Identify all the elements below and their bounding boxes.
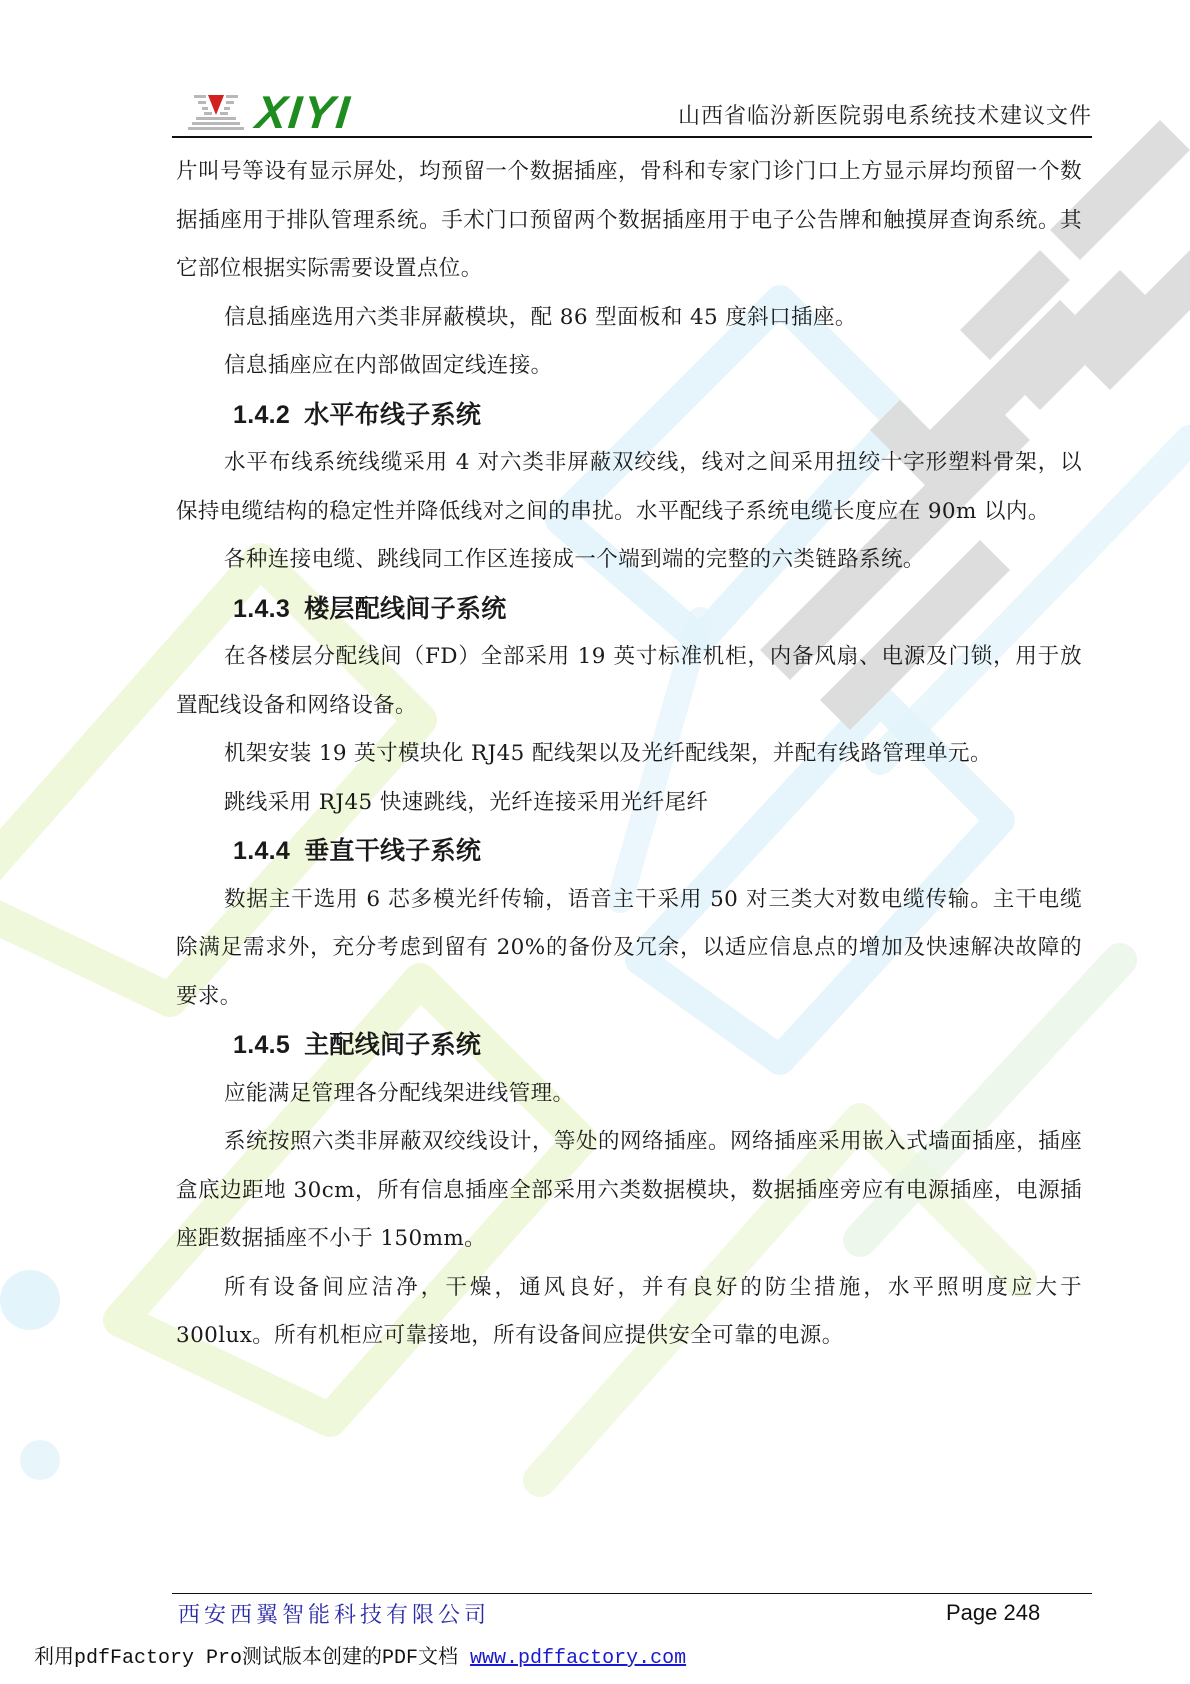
company-logo: XIYI xyxy=(186,92,351,132)
paragraph: 数据主干选用 6 芯多模光纤传输，语音主干采用 50 对三类大对数电缆传输。主干… xyxy=(176,876,1082,1022)
document-page: XIYI 山西省临汾新医院弱电系统技术建议文件 片叫号等设有显示屏处，均预留一个… xyxy=(0,0,1190,1684)
paragraph: 片叫号等设有显示屏处，均预留一个数据插座，骨科和专家门诊门口上方显示屏均预留一个… xyxy=(176,148,1082,294)
section-number: 1.4.4 xyxy=(233,837,290,865)
pdffactory-link[interactable]: www.pdffactory.com xyxy=(470,1647,686,1670)
section-title: 垂直干线子系统 xyxy=(304,837,481,865)
document-body: 片叫号等设有显示屏处，均预留一个数据插座，骨科和专家门诊门口上方显示屏均预留一个… xyxy=(176,148,1082,1361)
paragraph: 信息插座选用六类非屏蔽模块，配 86 型面板和 45 度斜口插座。 xyxy=(176,294,1082,343)
paragraph: 机架安装 19 英寸模块化 RJ45 配线架以及光纤配线架，并配有线路管理单元。 xyxy=(176,730,1082,779)
paragraph: 跳线采用 RJ45 快速跳线，光纤连接采用光纤尾纤 xyxy=(176,779,1082,828)
xiyi-logo-icon xyxy=(186,93,246,131)
paragraph: 各种连接电缆、跳线同工作区连接成一个端到端的完整的六类链路系统。 xyxy=(176,536,1082,585)
section-number: 1.4.2 xyxy=(233,401,290,429)
paragraph: 水平布线系统线缆采用 4 对六类非屏蔽双绞线，线对之间采用扭绞十字形塑料骨架，以… xyxy=(176,439,1082,536)
section-number: 1.4.3 xyxy=(233,595,290,623)
page-number: Page 248 xyxy=(946,1600,1040,1626)
section-number: 1.4.5 xyxy=(233,1031,290,1059)
section-heading-1-4-2: 1.4.2水平布线子系统 xyxy=(176,391,1082,440)
document-title: 山西省临汾新医院弱电系统技术建议文件 xyxy=(678,99,1092,130)
paragraph: 系统按照六类非屏蔽双绞线设计，等处的网络插座。网络插座采用嵌入式墙面插座，插座盒… xyxy=(176,1118,1082,1264)
pdffactory-notice: 利用pdfFactory Pro测试版本创建的PDF文档 www.pdffact… xyxy=(34,1640,686,1670)
pdffactory-notice-text: 利用pdfFactory Pro测试版本创建的PDF文档 xyxy=(34,1647,470,1670)
header-divider xyxy=(172,136,1092,138)
footer-company-name: 西安西翼智能科技有限公司 xyxy=(178,1598,490,1629)
section-title: 楼层配线间子系统 xyxy=(304,595,506,623)
paragraph: 所有设备间应洁净，干燥，通风良好，并有良好的防尘措施，水平照明度应大于 300l… xyxy=(176,1264,1082,1361)
logo-wordmark: XIYI xyxy=(254,92,353,132)
section-title: 水平布线子系统 xyxy=(304,401,481,429)
footer-divider xyxy=(172,1593,1092,1594)
section-heading-1-4-3: 1.4.3楼层配线间子系统 xyxy=(176,585,1082,634)
page-header: XIYI 山西省临汾新医院弱电系统技术建议文件 xyxy=(172,86,1092,138)
section-heading-1-4-4: 1.4.4垂直干线子系统 xyxy=(176,827,1082,876)
paragraph: 应能满足管理各分配线架进线管理。 xyxy=(176,1070,1082,1119)
paragraph: 在各楼层分配线间（FD）全部采用 19 英寸标准机柜，内备风扇、电源及门锁，用于… xyxy=(176,633,1082,730)
paragraph: 信息插座应在内部做固定线连接。 xyxy=(176,342,1082,391)
section-title: 主配线间子系统 xyxy=(304,1031,481,1059)
section-heading-1-4-5: 1.4.5主配线间子系统 xyxy=(176,1021,1082,1070)
